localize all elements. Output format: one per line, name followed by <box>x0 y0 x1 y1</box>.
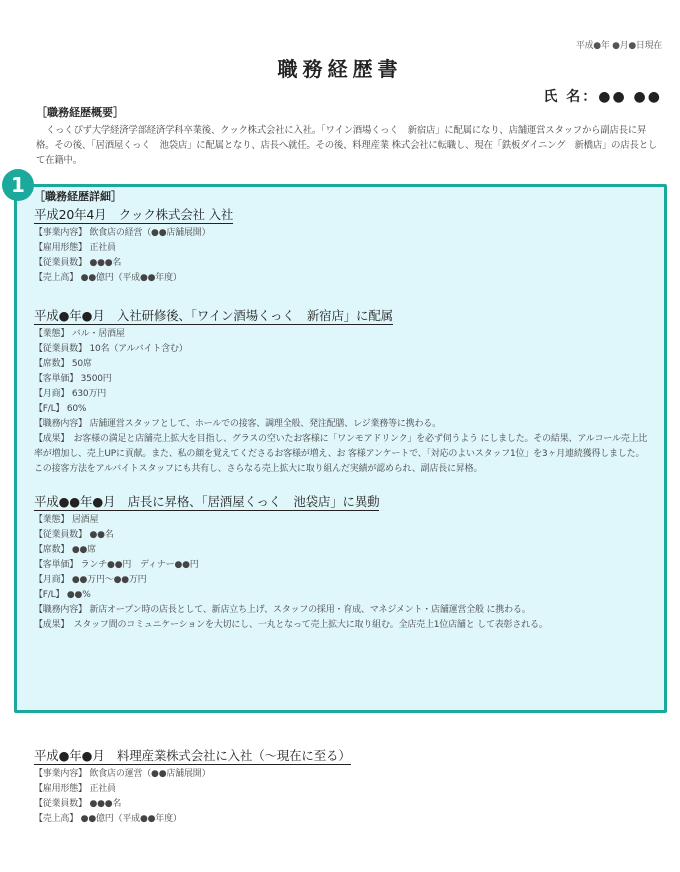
job-detail-row: 【従業員数】 ●●名 <box>34 528 654 543</box>
job-detail-row: 【席数】 ●●席 <box>34 543 654 558</box>
job-entry: 平成●●年●月 店長に昇格、「居酒屋くっく 池袋店」に異動 【業態】 居酒屋 【… <box>34 491 654 633</box>
job-entry: 平成20年4月 クック株式会社 入社 【事業内容】 飲食店の経営（●●店舗展開）… <box>34 204 654 286</box>
job-detail-row: 【客単価】 ランチ●●円 ディナー●●円 <box>34 558 654 573</box>
job-detail-row: 【売上高】 ●●億円（平成●●年度） <box>34 271 654 286</box>
career-summary-section: ［職務経歴概要］ くっくぴず大学経済学部経済学科卒業後、クック株式会社に入社。「… <box>36 104 662 168</box>
job-detail-row: 【F/L】 ●●% <box>34 588 654 603</box>
career-summary-heading: ［職務経歴概要］ <box>36 104 662 120</box>
job-duties-text: 【職務内容】 新店オープン時の店長として、新店立ち上げ、スタッフの採用・育成、マ… <box>34 603 654 618</box>
job-title: 平成●年●月 入社研修後、「ワイン酒場くっく 新宿店」に配属 <box>34 308 393 325</box>
career-detail-heading: ［職務経歴詳細］ <box>34 188 654 204</box>
job-title: 平成●年●月 料理産業株式会社に入社（～現在に至る） <box>34 748 351 765</box>
career-summary-text: くっくぴず大学経済学部経済学科卒業後、クック株式会社に入社。「ワイン酒場くっく … <box>36 123 662 168</box>
job-entry: 平成●年●月 入社研修後、「ワイン酒場くっく 新宿店」に配属 【業態】 バル・居… <box>34 305 654 477</box>
job-detail-row: 【従業員数】 ●●●名 <box>34 256 654 271</box>
document-date: 平成●年 ●月●日現在 <box>576 38 662 51</box>
job-title: 平成20年4月 クック株式会社 入社 <box>34 207 233 224</box>
job-detail-row: 【席数】 50席 <box>34 357 654 372</box>
job-achievement-text: 【成果】 スタッフ間のコミュニケーションを大切にし、一丸となって売上拡大に取り組… <box>34 618 654 633</box>
job-detail-row: 【売上高】 ●●億円（平成●●年度） <box>34 812 654 827</box>
job-detail-row: 【事業内容】 飲食店の運営（●●店舗展開） <box>34 767 654 782</box>
job-achievement-text: 【成果】 お客様の満足と店舗売上拡大を目指し、グラスの空いたお客様に「ワンモアド… <box>34 432 654 462</box>
job-detail-row: 【F/L】 60% <box>34 402 654 417</box>
document-title: 職務経歴書 <box>0 53 680 82</box>
current-job-entry: 平成●年●月 料理産業株式会社に入社（～現在に至る） 【事業内容】 飲食店の運営… <box>34 745 654 827</box>
job-detail-row: 【月商】 ●●万円～●●万円 <box>34 573 654 588</box>
job-detail-row: 【客単価】 3500円 <box>34 372 654 387</box>
job-detail-row: 【月商】 630万円 <box>34 387 654 402</box>
applicant-name: 氏 名：●● ●● <box>543 86 662 106</box>
job-detail-row: 【従業員数】 ●●●名 <box>34 797 654 812</box>
career-detail-section: ［職務経歴詳細］ 平成20年4月 クック株式会社 入社 【事業内容】 飲食店の経… <box>34 188 654 633</box>
job-detail-row: 【事業内容】 飲食店の経営（●●店舗展開） <box>34 226 654 241</box>
job-detail-row: 【従業員数】 10名（アルバイト含む） <box>34 342 654 357</box>
job-detail-row: 【雇用形態】 正社員 <box>34 241 654 256</box>
step-number-badge: 1 <box>2 169 34 201</box>
job-detail-row: 【業態】 バル・居酒屋 <box>34 327 654 342</box>
job-title: 平成●●年●月 店長に昇格、「居酒屋くっく 池袋店」に異動 <box>34 494 379 511</box>
job-detail-row: 【雇用形態】 正社員 <box>34 782 654 797</box>
job-detail-row: この接客方法をアルバイトスタッフにも共有し、さらなる売上拡大に取り組んだ実績が認… <box>34 462 654 477</box>
job-detail-row: 【職務内容】 店舗運営スタッフとして、ホールでの接客、調理全般、発注配膳、レジ業… <box>34 417 654 432</box>
job-detail-row: 【業態】 居酒屋 <box>34 513 654 528</box>
